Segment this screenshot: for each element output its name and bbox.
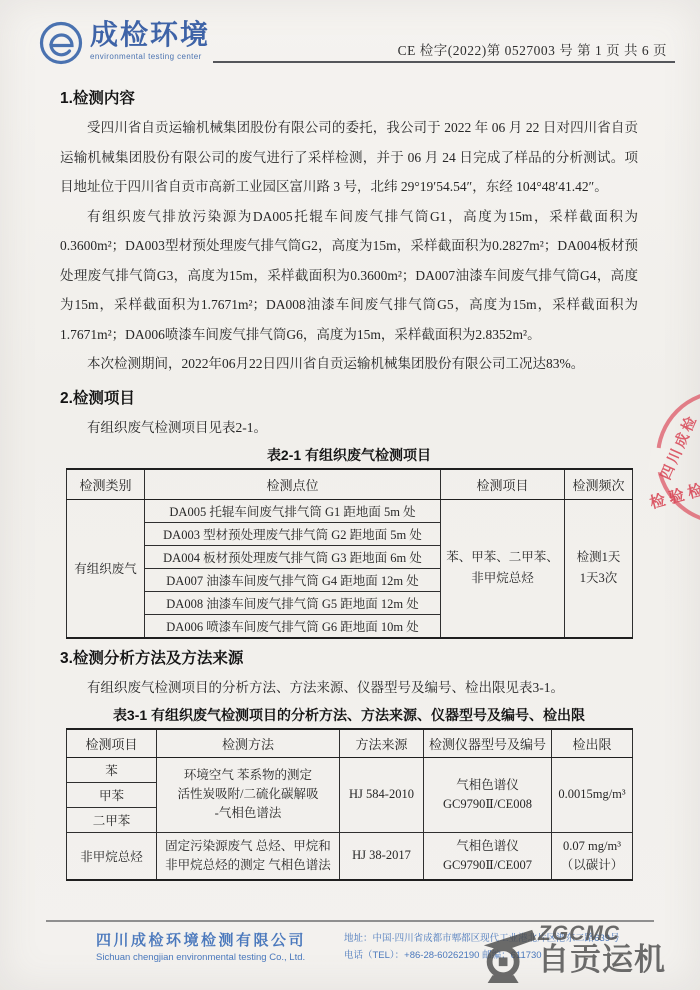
monitoring-items-table: 检测类别 检测点位 检测项目 检测频次 有组织废气 DA005 托辊车间废气排气… [66, 468, 633, 639]
table3-1-caption: 表3-1 有组织废气检测项目的分析方法、方法来源、仪器型号及编号、检出限 [60, 705, 638, 725]
items-line: 非甲烷总烃 [443, 568, 562, 589]
method-line: -气相色谱法 [159, 804, 337, 823]
table2-header-category: 检测类别 [67, 469, 145, 500]
section3-intro: 有组织废气检测项目的分析方法、方法来源、仪器型号及编号、检出限见表3-1。 [60, 673, 638, 702]
table2-1-caption: 表2-1 有组织废气检测项目 [60, 445, 638, 465]
section1-paragraph-3: 本次检测期间，2022年06月22日四川省自贡运输机械集团股份有限公司工况达83… [60, 349, 638, 379]
source-cell: HJ 38-2017 [340, 832, 424, 880]
instrument-line: 气相色谱仪 [426, 837, 549, 856]
instrument-cell: 气相色谱仪 GC9790Ⅱ/CE007 [424, 832, 552, 880]
watermark-brand: ZGCMC [538, 923, 666, 944]
report-page: 成检环境 environmental testing center CE 检字(… [0, 0, 700, 990]
method-cell: 环境空气 苯系物的测定 活性炭吸附/二硫化碳解吸 -气相色谱法 [157, 757, 340, 832]
instrument-line: GC9790Ⅱ/CE008 [426, 795, 549, 814]
limit-line: （以碳计） [554, 856, 630, 875]
instrument-line: GC9790Ⅱ/CE007 [426, 856, 549, 875]
point-cell: DA006 喷漆车间废气排气筒 G6 距地面 10m 处 [145, 614, 441, 638]
analyte-cell: 二甲苯 [67, 807, 157, 832]
table2-header-point: 检测点位 [145, 469, 441, 500]
footer-company-name-cn: 四川成检环境检测有限公司 [96, 929, 306, 950]
zgcmc-watermark: ZGCMC 自贡运机 [478, 923, 666, 987]
company-logo: 成检环境 environmental testing center [38, 20, 210, 66]
table3-header-item: 检测项目 [67, 729, 157, 758]
logo-title: 成检环境 [90, 20, 210, 50]
items-cell: 苯、甲苯、二甲苯、 非甲烷总烃 [441, 499, 565, 638]
analyte-cell: 苯 [67, 757, 157, 782]
limit-line: 0.07 mg/m³ [554, 837, 630, 856]
table-row: 有组织废气 DA005 托辊车间废气排气筒 G1 距地面 5m 处 苯、甲苯、二… [67, 499, 633, 522]
report-body: 1.检测内容 受四川省自贡运输机械集团股份有限公司的委托，我公司于 2022 年… [60, 86, 638, 881]
analyte-cell: 非甲烷总烃 [67, 832, 157, 880]
analysis-methods-table: 检测项目 检测方法 方法来源 检测仪器型号及编号 检出限 苯 环境空气 苯系物的… [66, 728, 633, 881]
point-cell: DA004 板材预处理废气排气筒 G3 距地面 6m 处 [145, 545, 441, 568]
method-line: 非甲烷总烃的测定 气相色谱法 [159, 856, 337, 875]
items-line: 苯、甲苯、二甲苯、 [443, 547, 562, 568]
section1-paragraph-2: 有组织废气排放污染源为DA005托辊车间废气排气筒G1，高度为15m，采样截面积… [60, 202, 638, 350]
category-cell: 有组织废气 [67, 499, 145, 638]
section3-title: 3.检测分析方法及方法来源 [60, 646, 638, 668]
instrument-line: 气相色谱仪 [426, 776, 549, 795]
point-cell: DA008 油漆车间废气排气筒 G5 距地面 12m 处 [145, 591, 441, 614]
method-line: 固定污染源废气 总烃、甲烷和 [159, 837, 337, 856]
footer-company-name-en: Sichuan chengjian environmental testing … [96, 952, 306, 963]
document-number: CE 检字(2022)第 0527003 号 第 1 页 共 6 页 [398, 39, 667, 59]
logo-text: 成检环境 environmental testing center [90, 20, 210, 61]
table-header-row: 检测类别 检测点位 检测项目 检测频次 [67, 469, 633, 500]
point-cell: DA005 托辊车间废气排气筒 G1 距地面 5m 处 [145, 499, 441, 522]
method-line: 环境空气 苯系物的测定 [159, 766, 337, 785]
instrument-cell: 气相色谱仪 GC9790Ⅱ/CE008 [424, 757, 552, 832]
table3-header-instrument: 检测仪器型号及编号 [424, 729, 552, 758]
section2-title: 2.检测项目 [60, 386, 638, 408]
table-row: 非甲烷总烃 固定污染源废气 总烃、甲烷和 非甲烷总烃的测定 气相色谱法 HJ 3… [67, 832, 633, 880]
red-inspection-stamp: 四川成检 检验检 [648, 388, 700, 538]
watermark-name: 自贡运机 [538, 944, 666, 976]
frequency-cell: 检测1天 1天3次 [565, 499, 633, 638]
table-header-row: 检测项目 检测方法 方法来源 检测仪器型号及编号 检出限 [67, 729, 633, 758]
frequency-line: 检测1天 [567, 547, 630, 568]
table2-header-item: 检测项目 [441, 469, 565, 500]
logo-tagline: environmental testing center [90, 52, 210, 61]
method-line: 活性炭吸附/二硫化碳解吸 [159, 785, 337, 804]
table2-header-frequency: 检测频次 [565, 469, 633, 500]
table3-header-limit: 检出限 [552, 729, 633, 758]
logo-e-icon [38, 20, 84, 66]
table3-header-method: 检测方法 [157, 729, 340, 758]
point-cell: DA003 型材预处理废气排气筒 G2 距地面 5m 处 [145, 522, 441, 545]
frequency-line: 1天3次 [567, 568, 630, 589]
method-cell: 固定污染源废气 总烃、甲烷和 非甲烷总烃的测定 气相色谱法 [157, 832, 340, 880]
analyte-cell: 甲苯 [67, 782, 157, 807]
table-row: 苯 环境空气 苯系物的测定 活性炭吸附/二硫化碳解吸 -气相色谱法 HJ 584… [67, 757, 633, 782]
table3-header-source: 方法来源 [340, 729, 424, 758]
watermark-text: ZGCMC 自贡运机 [538, 923, 666, 976]
footer-company: 四川成检环境检测有限公司 Sichuan chengjian environme… [96, 929, 306, 963]
header-divider [213, 61, 675, 63]
limit-cell: 0.07 mg/m³ （以碳计） [552, 832, 633, 880]
point-cell: DA007 油漆车间废气排气筒 G4 距地面 12m 处 [145, 568, 441, 591]
section1-paragraph-1: 受四川省自贡运输机械集团股份有限公司的委托，我公司于 2022 年 06 月 2… [60, 113, 638, 202]
zgcmc-machine-icon [478, 923, 536, 987]
section1-title: 1.检测内容 [60, 86, 638, 108]
section2-intro: 有组织废气检测项目见表2-1。 [60, 413, 638, 442]
source-cell: HJ 584-2010 [340, 757, 424, 832]
limit-cell: 0.0015mg/m³ [552, 757, 633, 832]
